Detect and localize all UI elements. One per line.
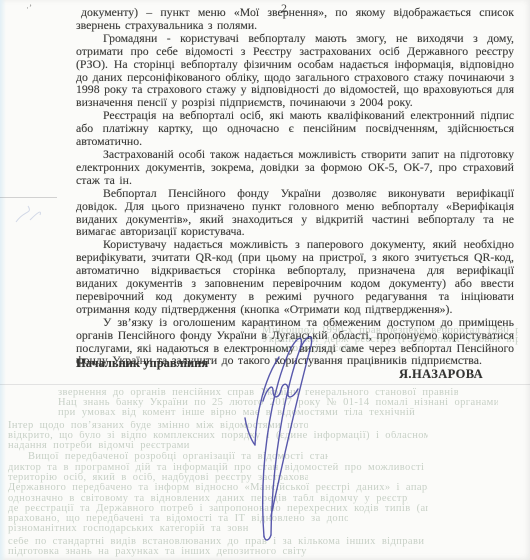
signature-ink [0, 0, 530, 560]
scanned-document-page: ·’ 2 документу) – пункт меню «Мої зверне… [0, 0, 530, 560]
ink-smudge [16, 206, 40, 222]
